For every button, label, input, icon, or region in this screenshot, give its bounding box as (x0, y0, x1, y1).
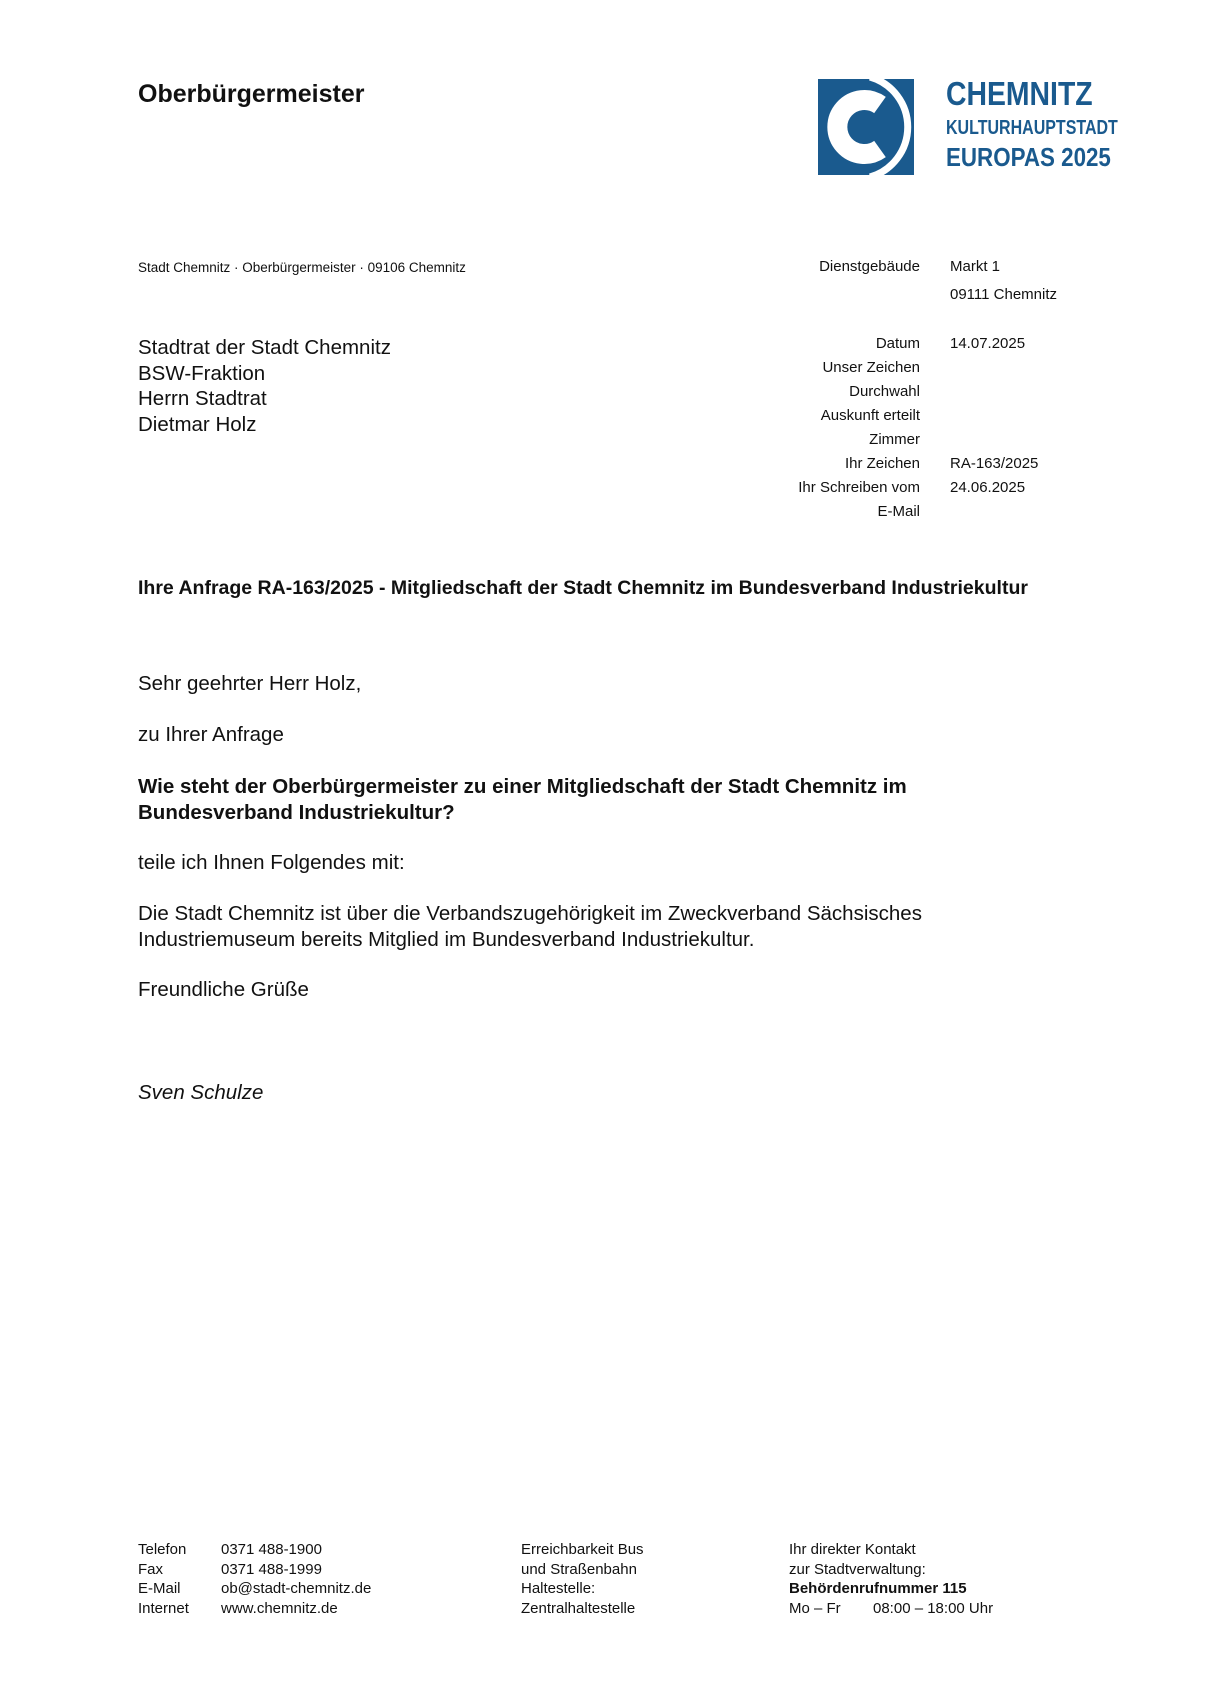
footer-days: Mo – Fr (789, 1599, 873, 1619)
footer-transit-line: Haltestelle: (521, 1579, 644, 1599)
recipient-line: Stadtrat der Stadt Chemnitz (138, 335, 391, 361)
footer-email-value: ob@stadt-chemnitz.de (221, 1580, 371, 1597)
letter-subject: Ihre Anfrage RA-163/2025 - Mitgliedschaf… (138, 575, 1058, 601)
recipient-line: Herrn Stadtrat (138, 386, 391, 412)
info-label-date: Datum (876, 335, 920, 352)
info-label-room: Zimmer (869, 431, 920, 448)
info-label-extension: Durchwahl (849, 383, 920, 400)
transition-text: teile ich Ihnen Folgendes mit: (138, 850, 1068, 876)
footer-transit: Erreichbarkeit Bus und Straßenbahn Halte… (521, 1540, 644, 1618)
closing-text: Freundliche Grüße (138, 977, 1068, 1003)
chemnitz-c-logo-icon (818, 79, 914, 175)
footer-fax-value: 0371 488-1999 (221, 1561, 322, 1578)
footer-hours: 08:00 – 18:00 Uhr (873, 1600, 993, 1617)
office-street: Markt 1 (950, 258, 1000, 275)
info-label-your-letter-date: Ihr Schreiben vom (798, 479, 920, 496)
footer-direct-line1: Ihr direkter Kontakt (789, 1540, 993, 1560)
footer-phone-value: 0371 488-1900 (221, 1541, 322, 1558)
footer-fax-label: Fax (138, 1560, 221, 1580)
signature: Sven Schulze (138, 1080, 1068, 1106)
info-value-your-ref: RA-163/2025 (950, 455, 1038, 472)
answer-text: Die Stadt Chemnitz ist über die Verbands… (138, 901, 1018, 953)
footer-direct-line2: zur Stadtverwaltung: (789, 1560, 993, 1580)
question-text: Wie steht der Oberbürgermeister zu einer… (138, 774, 1038, 826)
footer-direct-contact: Ihr direkter Kontakt zur Stadtverwaltung… (789, 1540, 993, 1618)
recipient-address: Stadtrat der Stadt Chemnitz BSW-Fraktion… (138, 335, 391, 437)
intro-text: zu Ihrer Anfrage (138, 722, 1068, 748)
footer-internet-value: www.chemnitz.de (221, 1600, 338, 1617)
logo-line-europas: EUROPAS 2025 (946, 144, 1131, 170)
logo-line-city: CHEMNITZ (946, 77, 1131, 110)
sender-return-address: Stadt Chemnitz · Oberbürgermeister · 091… (138, 260, 466, 275)
footer-contact: Telefon0371 488-1900 Fax0371 488-1999 E-… (138, 1540, 371, 1618)
office-city: 09111 Chemnitz (950, 286, 1057, 303)
footer-hotline: Behördenrufnummer 115 (789, 1579, 993, 1599)
recipient-line: Dietmar Holz (138, 412, 391, 438)
info-label-our-ref: Unser Zeichen (822, 359, 920, 376)
footer-email-label: E-Mail (138, 1579, 221, 1599)
footer-transit-line: Erreichbarkeit Bus (521, 1540, 644, 1560)
footer-transit-stop: Zentralhaltestelle (521, 1599, 644, 1619)
footer-transit-line: und Straßenbahn (521, 1560, 644, 1580)
salutation: Sehr geehrter Herr Holz, (138, 671, 1068, 697)
footer-phone-label: Telefon (138, 1540, 221, 1560)
info-value-your-letter-date: 24.06.2025 (950, 479, 1025, 496)
footer-internet-label: Internet (138, 1599, 221, 1619)
office-label: Dienstgebäude (819, 258, 920, 275)
page-title: Oberbürgermeister (138, 80, 364, 109)
logo-line-kulturhauptstadt: KULTURHAUPTSTADT (946, 118, 1118, 138)
chemnitz-logo: CHEMNITZ KULTURHAUPTSTADT EUROPAS 2025 (818, 79, 1118, 175)
info-label-your-ref: Ihr Zeichen (845, 455, 920, 472)
info-label-contact-person: Auskunft erteilt (821, 407, 920, 424)
info-value-date: 14.07.2025 (950, 335, 1025, 352)
recipient-line: BSW-Fraktion (138, 361, 391, 387)
info-label-email: E-Mail (877, 503, 920, 520)
